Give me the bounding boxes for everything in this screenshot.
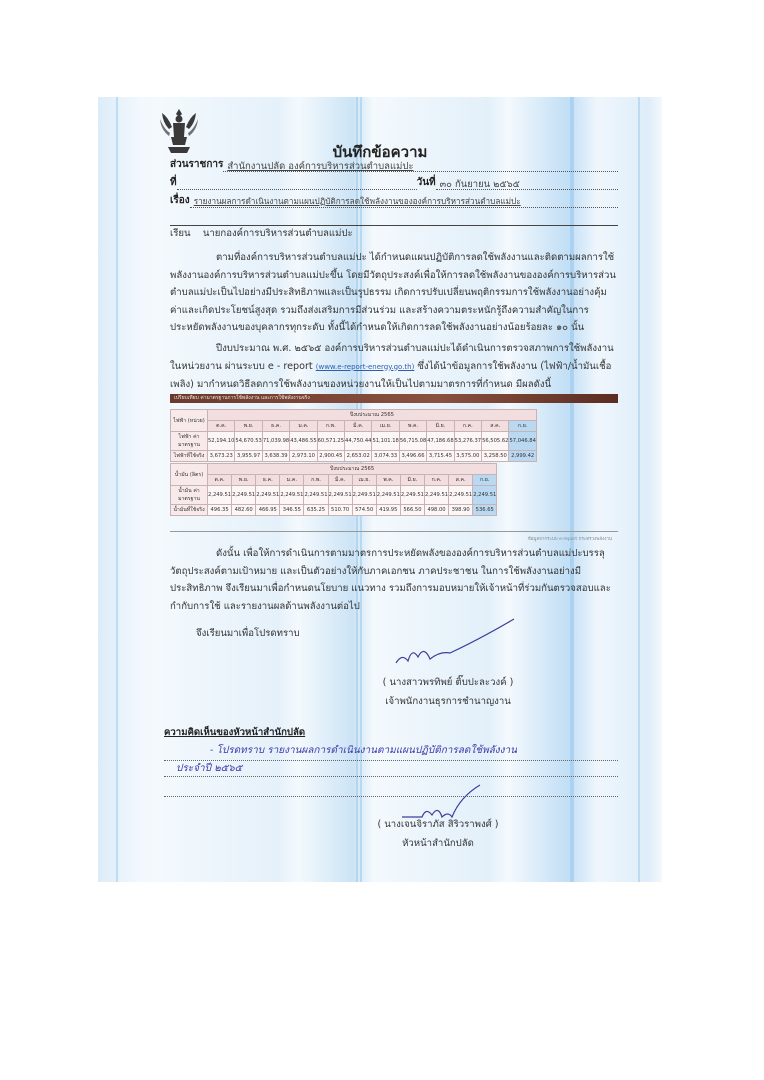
signer-1-position: เจ้าพนักงานธุรการชำนาญงาน xyxy=(348,694,548,709)
department-value: สำนักงานปลัด องค์การบริหารส่วนตำบลแม่ปะ xyxy=(227,161,413,172)
table-cell: 44,750.44 xyxy=(345,432,372,451)
table-cell: 566.50 xyxy=(400,505,424,516)
reference-date-line: ที่ วันที่ ๓๐ กันยายน ๒๕๖๕ xyxy=(170,175,618,190)
table-cell: 2,249.51 xyxy=(400,486,424,505)
table-cell: 536.65 xyxy=(473,505,497,516)
table-cell: 398.90 xyxy=(449,505,473,516)
salutation-label: เรียน xyxy=(170,228,191,239)
table-cell: 57,046.84 xyxy=(509,432,536,451)
table-cell: 2,249.51 xyxy=(256,486,280,505)
table-cell: 3,258.50 xyxy=(482,451,509,462)
table-cell: 2,249.51 xyxy=(208,486,232,505)
month-header: ก.ย. xyxy=(509,421,536,432)
table-cell: 71,039.98 xyxy=(262,432,289,451)
table-cell: 2,249.51 xyxy=(280,486,304,505)
table-cell: 43,486.55 xyxy=(290,432,317,451)
table-cell: 2,900.45 xyxy=(317,451,344,462)
date-value: ๓๐ กันยายน ๒๕๖๕ xyxy=(440,179,520,190)
month-header: พ.ย. xyxy=(232,475,256,486)
table-cell: 56,505.62 xyxy=(482,432,509,451)
fuel-corner-label: น้ำมัน (ลิตร) xyxy=(171,464,208,486)
month-header: ก.พ. xyxy=(304,475,328,486)
table-cell: 3,715.45 xyxy=(427,451,454,462)
scan-stripe xyxy=(570,97,574,882)
table-cell: 51,101.18 xyxy=(372,432,399,451)
month-header: มิ.ย. xyxy=(400,475,424,486)
table-cell: 496.35 xyxy=(208,505,232,516)
table-cell: 510.70 xyxy=(328,505,352,516)
table-cell: 3,673.23 xyxy=(208,451,235,462)
signer-1-name: ( นางสาวพรทิพย์ ติ๊บปะละวงค์ ) xyxy=(348,675,548,690)
table-cell: 2,653.02 xyxy=(345,451,372,462)
month-header: ม.ค. xyxy=(290,421,317,432)
table-cell: 2,249.51 xyxy=(424,486,448,505)
table-cell: 2,249.51 xyxy=(304,486,328,505)
table-cell: 47,186.68 xyxy=(427,432,454,451)
scan-stripe xyxy=(638,97,640,882)
row-label: น้ำมัน ค่ามาตรฐาน xyxy=(171,486,208,505)
subject-value: รายงานผลการดำเนินงานตามแผนปฏิบัติการลดใช… xyxy=(194,196,521,206)
table-cell: 52,194.10 xyxy=(208,432,235,451)
signer-2-name: ( นางเจนจิราภัส สิริวราพงศ์ ) xyxy=(328,817,548,832)
fuel-table: น้ำมัน (ลิตร) ปีงบประมาณ 2565 ต.ค. พ.ย. … xyxy=(170,463,497,516)
table-cell: 54,670.53 xyxy=(235,432,262,451)
table-row: น้ำมันที่ใช้จริง 496.35 482.60 466.95 34… xyxy=(171,505,497,516)
row-label: ไฟฟ้า ค่ามาตรฐาน xyxy=(171,432,208,451)
month-header: มี.ค. xyxy=(328,475,352,486)
month-header: ส.ค. xyxy=(482,421,509,432)
department-label: ส่วนราชการ xyxy=(170,157,223,172)
comment-heading: ความคิดเห็นของหัวหน้าสำนักปลัด xyxy=(164,725,305,740)
month-header: ก.ค. xyxy=(424,475,448,486)
table-cell: 466.95 xyxy=(256,505,280,516)
table-cell: 498.00 xyxy=(424,505,448,516)
month-header: มี.ค. xyxy=(345,421,372,432)
electricity-year-label: ปีงบประมาณ 2565 xyxy=(208,410,537,421)
signer-2-position: หัวหน้าสำนักปลัด xyxy=(328,836,548,851)
electricity-corner-label: ไฟฟ้า (หน่วย) xyxy=(171,410,208,432)
table-cell: 56,715.08 xyxy=(399,432,426,451)
month-header: ต.ค. xyxy=(208,475,232,486)
table-cell: 3,955.97 xyxy=(235,451,262,462)
month-header: ธ.ค. xyxy=(262,421,289,432)
table-divider xyxy=(170,531,618,532)
table-cell: 60,571.25 xyxy=(317,432,344,451)
month-header: เม.ย. xyxy=(352,475,376,486)
scan-stripe xyxy=(116,97,118,882)
memo-document: บันทึกข้อความ ส่วนราชการ สำนักงานปลัด อง… xyxy=(98,97,662,882)
handwritten-comment-line-2: ประจำปี ๒๕๖๕ xyxy=(176,761,242,776)
table-cell: 2,999.42 xyxy=(509,451,536,462)
date-label: วันที่ xyxy=(417,175,436,190)
row-label: ไฟฟ้าที่ใช้จริง xyxy=(171,451,208,462)
table-cell: 2,249.51 xyxy=(376,486,400,505)
table-cell: 2,249.51 xyxy=(232,486,256,505)
month-header: ส.ค. xyxy=(449,475,473,486)
subject-line: เรื่อง รายงานผลการดำเนินงานตามแผนปฏิบัติ… xyxy=(170,193,618,208)
reference-label: ที่ xyxy=(170,175,177,190)
department-line: ส่วนราชการ สำนักงานปลัด องค์การบริหารส่ว… xyxy=(170,157,618,172)
month-header: ก.ค. xyxy=(454,421,481,432)
month-header: ธ.ค. xyxy=(256,475,280,486)
table-cell: 482.60 xyxy=(232,505,256,516)
paragraph-conclusion: ดังนั้น เพื่อให้การดำเนินการตามมาตรการปร… xyxy=(170,545,618,615)
salutation: เรียน นายกองค์การบริหารส่วนตำบลแม่ปะ xyxy=(170,225,618,243)
table-row: ไฟฟ้าที่ใช้จริง 3,673.23 3,955.97 3,638.… xyxy=(171,451,537,462)
month-header: พ.ค. xyxy=(376,475,400,486)
table-cell: 3,496.66 xyxy=(399,451,426,462)
subject-label: เรื่อง xyxy=(170,193,190,208)
month-header: ม.ค. xyxy=(280,475,304,486)
comment-dotted-line xyxy=(164,795,618,797)
table-banner: เปรียบเทียบ ค่ามาตรฐานการใช้พลังงาน และก… xyxy=(170,394,618,403)
table-cell: 635.25 xyxy=(304,505,328,516)
paragraph-background: ตามที่องค์การบริหารส่วนตำบลแม่ปะ ได้กำหน… xyxy=(170,249,618,337)
table-cell: 419.95 xyxy=(376,505,400,516)
table-footnote: ข้อมูลจากระบบ e-report กระทรวงพลังงาน xyxy=(528,535,612,542)
table-row: น้ำมัน ค่ามาตรฐาน 2,249.51 2,249.51 2,24… xyxy=(171,486,497,505)
month-header: พ.ย. xyxy=(235,421,262,432)
table-cell: 2,249.51 xyxy=(352,486,376,505)
table-cell: 2,249.51 xyxy=(449,486,473,505)
fuel-year-label: ปีงบประมาณ 2565 xyxy=(208,464,497,475)
handwritten-comment-line-1: - โปรดทราบ รายงานผลการดำเนินงานตามแผนปฏิ… xyxy=(210,743,517,758)
reference-value xyxy=(177,177,417,190)
month-header: มิ.ย. xyxy=(427,421,454,432)
table-cell: 2,249.51 xyxy=(328,486,352,505)
table-cell: 3,575.00 xyxy=(454,451,481,462)
table-row: ไฟฟ้า ค่ามาตรฐาน 52,194.10 54,670.53 71,… xyxy=(171,432,537,451)
month-header: ก.ย. xyxy=(473,475,497,486)
paragraph-results: ปีงบประมาณ พ.ศ. ๒๕๖๕ องค์การบริหารส่วนตำ… xyxy=(170,340,618,394)
table-cell: 346.55 xyxy=(280,505,304,516)
month-header: เม.ย. xyxy=(372,421,399,432)
table-cell: 2,249.51 xyxy=(473,486,497,505)
month-header: ก.พ. xyxy=(317,421,344,432)
month-header: ต.ค. xyxy=(208,421,235,432)
electricity-table: ไฟฟ้า (หน่วย) ปีงบประมาณ 2565 ต.ค. พ.ย. … xyxy=(170,409,537,462)
table-cell: 574.50 xyxy=(352,505,376,516)
month-header: พ.ค. xyxy=(399,421,426,432)
table-cell: 2,973.10 xyxy=(290,451,317,462)
e-report-link[interactable]: (www.e-report-energy.go.th) xyxy=(316,363,415,371)
table-cell: 3,074.33 xyxy=(372,451,399,462)
row-label: น้ำมันที่ใช้จริง xyxy=(171,505,208,516)
table-cell: 3,638.39 xyxy=(262,451,289,462)
salutation-value: นายกองค์การบริหารส่วนตำบลแม่ปะ xyxy=(203,228,353,239)
signature-1-scribble xyxy=(388,615,518,675)
table-cell: 53,276.37 xyxy=(454,432,481,451)
